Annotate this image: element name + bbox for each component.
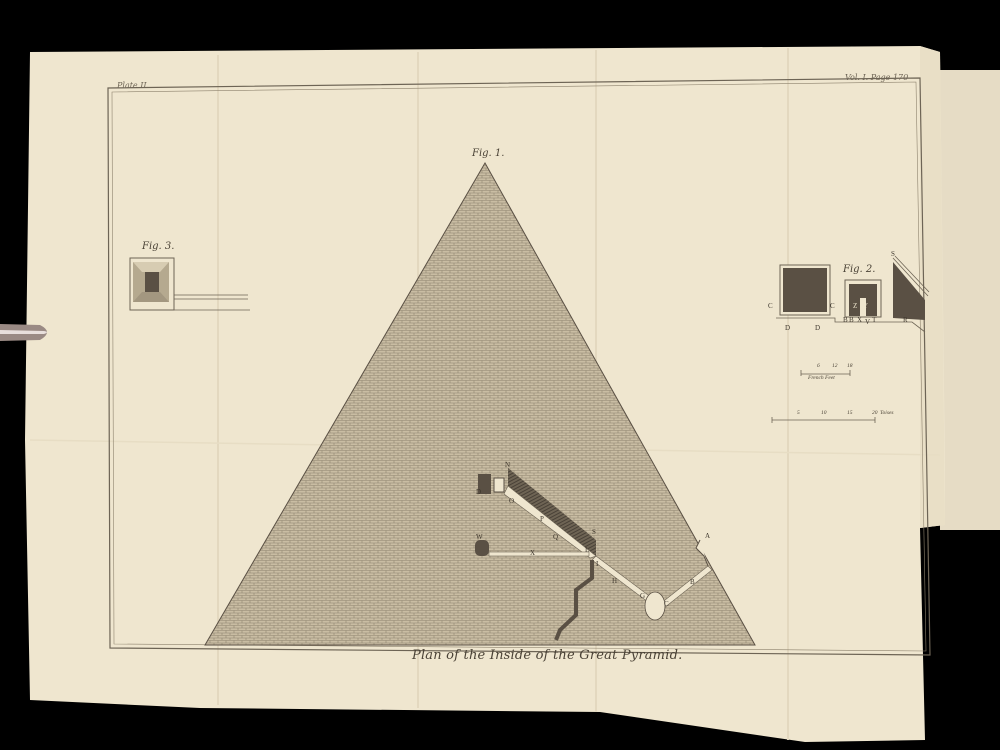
pyramid-letter-d: D [476, 488, 481, 496]
fig2-letter-y: Y [863, 302, 868, 310]
pyramid-letter-s: S [592, 528, 596, 536]
pyramid-letter-l: L [585, 546, 589, 554]
fig2-letter-d2: D [815, 324, 820, 332]
fig2-letter-v: V [865, 318, 870, 326]
fig2-letter-t: T [872, 316, 876, 324]
french-feet-label: French Feet [808, 375, 835, 381]
pyramid-letter-a: A [705, 532, 710, 540]
toises-tick-10: 10 [821, 410, 827, 416]
fig1-label: Fig. 1. [472, 148, 504, 159]
fig2-letter-b: B [843, 316, 848, 324]
pyramid-letter-b: B [690, 578, 695, 586]
french-feet-tick-6: 6 [817, 363, 820, 369]
toises-tick-20: 20 [872, 410, 878, 416]
french-feet-tick-12: 12 [832, 363, 838, 369]
volume-page: Vol. I. Page 170 [845, 73, 908, 82]
fig2-label: Fig. 2. [843, 264, 875, 275]
fig2-letter-c: C [768, 302, 773, 310]
pyramid-letter-g: G [640, 592, 645, 600]
plate-caption: Plan of the Inside of the Great Pyramid. [412, 648, 652, 663]
toises-label: Toises [880, 410, 894, 416]
plate-sheet [0, 0, 1000, 750]
pyramid-letter-h: H [612, 577, 617, 585]
toises-tick-5: 5 [797, 410, 800, 416]
fig2-letter-d: D [785, 324, 790, 332]
pyramid-letter-o: O [509, 497, 514, 505]
fig2-letter-c2: C [830, 302, 835, 310]
pyramid-letter-c: C [664, 600, 669, 608]
pyramid-letter-p: P [540, 515, 544, 523]
french-feet-tick-18: 18 [847, 363, 853, 369]
fig3-label: Fig. 3. [142, 241, 174, 252]
fig2-letter-r: R [903, 316, 908, 324]
fig2-letter-b2: B [849, 316, 854, 324]
plate-number: Plate II. [117, 81, 149, 90]
fig2-letter-x: X [857, 316, 862, 324]
fig2-letter-s: S [891, 250, 895, 258]
pyramid-letter-w: W [476, 533, 483, 541]
pyramid-letter-n: N [505, 461, 510, 469]
pyramid-letter-i: I [596, 560, 598, 568]
fig2-letter-z: Z [853, 302, 857, 310]
letter-opener-blade [0, 320, 56, 346]
pyramid-letter-x: X [530, 549, 535, 557]
toises-tick-15: 15 [847, 410, 853, 416]
pyramid-letter-q: Q [553, 533, 558, 541]
